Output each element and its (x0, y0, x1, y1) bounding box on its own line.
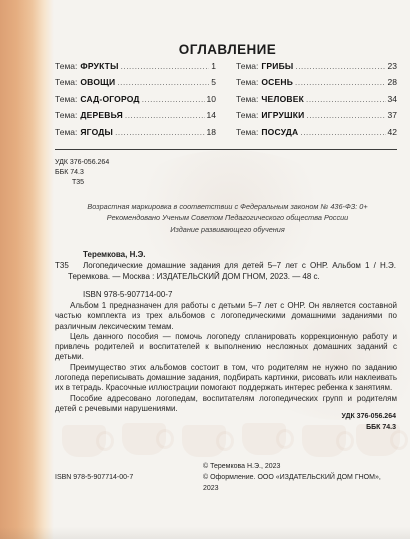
toc-entry-topic: ОВОЩИ (80, 77, 115, 87)
catalog-entry: Т35Логопедические домашние задания для д… (68, 260, 396, 282)
bbk-number: ББК 74.3 (55, 168, 109, 178)
divider-line (55, 149, 397, 150)
udk-number: УДК 376-056.264 (341, 412, 396, 423)
toc-entry-prefix: Тема: (236, 110, 258, 120)
toc-entry: Тема:ФРУКТЫ1 (55, 61, 216, 77)
author-code: Т35 (55, 260, 69, 271)
annotation-paragraph: Цель данного пособия — помочь логопеду с… (55, 332, 397, 363)
edition-notices: Возрастная маркировка в соответствии с Ф… (55, 201, 400, 235)
toc-entry: Тема:ОСЕНЬ28 (236, 77, 397, 93)
toc-entry-page: 42 (388, 127, 397, 137)
toc-entry: Тема:САД-ОГОРОД10 (55, 94, 216, 110)
dot-leader (117, 77, 209, 87)
toc-entry-page: 34 (388, 94, 397, 104)
toc-entry-prefix: Тема: (236, 77, 258, 87)
author-name: Теремкова, Н.Э. (83, 249, 396, 260)
toc-entry-topic: ЧЕЛОВЕК (261, 94, 304, 104)
page-bottom-shadow (0, 527, 410, 539)
toc-right-column: Тема:ГРИБЫ23 Тема:ОСЕНЬ28 Тема:ЧЕЛОВЕК34… (236, 61, 397, 143)
toc-entry-prefix: Тема: (236, 61, 258, 71)
annotation-paragraph: Преимущество этих альбомов состоит в том… (55, 363, 397, 394)
toc-entry-topic: ИГРУШКИ (261, 110, 304, 120)
toc-entry-prefix: Тема: (236, 127, 258, 137)
catalog-entry-text: Логопедические домашние задания для дете… (68, 261, 396, 281)
bibliographic-record: Теремкова, Н.Э. Т35Логопедические домашн… (55, 249, 396, 300)
isbn-number: ISBN 978-5-907714-00-7 (83, 289, 396, 300)
annotation-text: Альбом 1 предназначен для работы с детьм… (55, 301, 397, 414)
isbn-number: ISBN 978-5-907714-00-7 (55, 472, 133, 483)
toc-entry-prefix: Тема: (55, 77, 77, 87)
toc-entry-page: 28 (388, 77, 397, 87)
author-code: Т35 (72, 178, 109, 188)
edition-type-notice: Издание развивающего обучения (55, 224, 400, 235)
toc-entry-topic: ГРИБЫ (261, 61, 293, 71)
dot-leader (300, 127, 385, 137)
imprint-bottom: УДК 376-056.264 ББК 74.3 (341, 412, 396, 434)
page-title: ОГЛАВЛЕНИЕ (55, 42, 400, 57)
toc-entry-prefix: Тема: (55, 94, 77, 104)
toc-entry-prefix: Тема: (55, 110, 77, 120)
dot-leader (125, 110, 205, 120)
dot-leader (295, 77, 385, 87)
udk-number: УДК 376-056.264 (55, 158, 109, 168)
toc-entry: Тема:ГРИБЫ23 (236, 61, 397, 77)
bbk-number: ББК 74.3 (341, 423, 396, 434)
toc-entry-page: 1 (211, 61, 216, 71)
toc-entry-topic: ОСЕНЬ (261, 77, 293, 87)
book-page: ОГЛАВЛЕНИЕ Тема:ФРУКТЫ1 Тема:ОВОЩИ5 Тема… (55, 0, 400, 539)
toc-entry-topic: ДЕРЕВЬЯ (80, 110, 123, 120)
toc-entry: Тема:ДЕРЕВЬЯ14 (55, 110, 216, 126)
toc-entry: Тема:ЧЕЛОВЕК34 (236, 94, 397, 110)
dot-leader (115, 127, 204, 137)
dot-leader (306, 110, 385, 120)
toc-entry-topic: ФРУКТЫ (80, 61, 118, 71)
toc-entry-topic: ЯГОДЫ (80, 127, 113, 137)
toc-entry-prefix: Тема: (55, 127, 77, 137)
copyright-block: © Теремкова Н.Э., 2023 © Оформление. ООО… (203, 461, 397, 494)
toc-entry-topic: САД-ОГОРОД (80, 94, 139, 104)
book-cover-edge (0, 0, 54, 539)
toc-entry-page: 14 (207, 110, 216, 120)
dot-leader (295, 61, 385, 71)
toc-entry-topic: ПОСУДА (261, 127, 298, 137)
toc-entry-prefix: Тема: (55, 61, 77, 71)
imprint-top: УДК 376-056.264 ББК 74.3 Т35 (55, 158, 109, 187)
toc-left-column: Тема:ФРУКТЫ1 Тема:ОВОЩИ5 Тема:САД-ОГОРОД… (55, 61, 216, 143)
toc-entry: Тема:ОВОЩИ5 (55, 77, 216, 93)
toc-entry-prefix: Тема: (236, 94, 258, 104)
table-of-contents: Тема:ФРУКТЫ1 Тема:ОВОЩИ5 Тема:САД-ОГОРОД… (55, 61, 397, 143)
toc-entry: Тема:ИГРУШКИ37 (236, 110, 397, 126)
copyright-author: © Теремкова Н.Э., 2023 (203, 461, 397, 472)
recommendation-notice: Рекомендовано Ученым Советом Педагогичес… (55, 212, 400, 223)
toc-entry-page: 23 (388, 61, 397, 71)
dot-leader (142, 94, 205, 104)
toc-entry-page: 37 (388, 110, 397, 120)
copyright-design: © Оформление. ООО «ИЗДАТЕЛЬСКИЙ ДОМ ГНОМ… (203, 472, 397, 494)
toc-entry: Тема:ПОСУДА42 (236, 127, 397, 143)
toc-entry: Тема:ЯГОДЫ18 (55, 127, 216, 143)
dot-leader (306, 94, 386, 104)
toc-entry-page: 5 (211, 77, 216, 87)
toc-entry-page: 10 (207, 94, 216, 104)
annotation-paragraph: Альбом 1 предназначен для работы с детьм… (55, 301, 397, 332)
age-marking-notice: Возрастная маркировка в соответствии с Ф… (55, 201, 400, 212)
dot-leader (121, 61, 210, 71)
toc-entry-page: 18 (207, 127, 216, 137)
